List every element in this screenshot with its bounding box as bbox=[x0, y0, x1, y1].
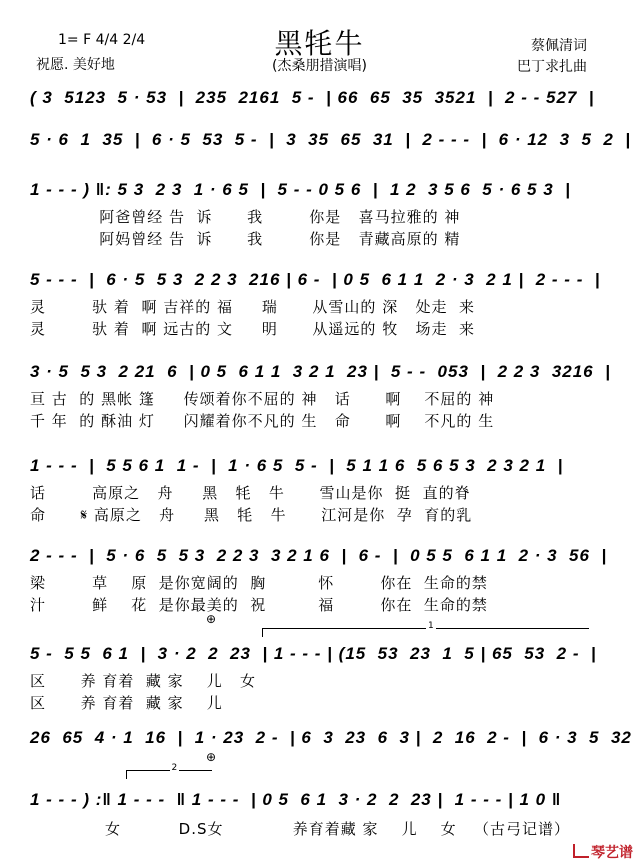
lyrics-verse-1: 亘 古 的 黑帐 篷 传颂着你不屈的 神 话 啊 不屈的 神 bbox=[30, 388, 494, 409]
notation: 5 · 6 1 35 | 6 · 5 53 5 - | 3 35 65 31 |… bbox=[30, 130, 631, 150]
notation: ( 3 5123 5 · 53 | 235 2161 5 - | 66 65 3… bbox=[30, 88, 595, 108]
lyrics-verse-2: 区 养 育着 藏 家 儿 bbox=[30, 692, 223, 713]
volta-bracket-1: 1 bbox=[262, 628, 589, 637]
lyrics-verse-1: 阿爸曾经 告 诉 我 你是 喜马拉雅的 神 bbox=[30, 206, 460, 227]
notation: 1 - - - ) ‖: 5 3 2 3 1 · 6 5 | 5 - - 0 5… bbox=[30, 180, 571, 200]
coda-sign: ⊕ bbox=[206, 612, 216, 626]
lyrics-verse-2: 千 年 的 酥油 灯 闪耀着你不凡的 生 命 啊 不凡的 生 bbox=[30, 410, 494, 431]
notation: 5 - - - | 6 · 5 5 3 2 2 3 216 | 6 - | 0 … bbox=[30, 270, 601, 290]
lyrics-verse-2: 灵 驮 着 啊 远古的 文 明 从遥远的 牧 场走 来 bbox=[30, 318, 475, 339]
notation: 2 - - - | 5 · 6 5 5 3 2 2 3 3 2 1 6 | 6 … bbox=[30, 546, 607, 566]
site-logo: 琴艺谱 bbox=[573, 842, 633, 862]
lyrics-verse-1: 区 养 育着 藏 家 儿 女 bbox=[30, 670, 256, 691]
composer: 巴丁求扎曲 bbox=[517, 56, 587, 76]
lyricist: 蔡佩清词 bbox=[531, 35, 587, 55]
logo-icon bbox=[573, 844, 589, 858]
notation: 1 - - - ) :‖ 1 - - - ‖ 1 - - - | 0 5 6 1… bbox=[30, 790, 561, 810]
lyrics-verse-2: 汁 鲜 花 是你最美的 祝 福 你在 生命的禁 bbox=[30, 594, 488, 615]
lyrics-verse-1: 梁 草 原 是你宽阔的 胸 怀 你在 生命的禁 bbox=[30, 572, 488, 593]
lyrics-verse-1: 女 D.S女 养育着藏 家 儿 女 （古弓记谱） bbox=[30, 818, 570, 839]
lyrics-verse-1: 话 高原之 舟 黑 牦 牛 雪山是你 挺 直的脊 bbox=[30, 482, 471, 503]
lyrics-verse-2: 命 𝄋 高原之 舟 黑 牦 牛 江河是你 孕 育的乳 bbox=[30, 504, 472, 525]
lyrics-verse-1: 灵 驮 着 啊 吉祥的 福 瑞 从雪山的 深 处走 来 bbox=[30, 296, 475, 317]
lyrics-verse-2: 阿妈曾经 告 诉 我 你是 青藏高原的 精 bbox=[30, 228, 460, 249]
notation: 26 65 4 · 1 16 | 1 · 23 2 - | 6 3 23 6 3… bbox=[30, 728, 639, 748]
coda-sign: ⊕ bbox=[206, 750, 216, 764]
volta-bracket-2: 2 bbox=[126, 770, 212, 779]
notation: 1 - - - | 5 5 6 1 1 - | 1 · 6 5 5 - | 5 … bbox=[30, 456, 563, 476]
notation: 3 · 5 5 3 2 21 6 | 0 5 6 1 1 3 2 1 23 | … bbox=[30, 362, 611, 382]
notation: 5 - 5 5 6 1 | 3 · 2 2 23 | 1 - - - | (15… bbox=[30, 644, 597, 664]
